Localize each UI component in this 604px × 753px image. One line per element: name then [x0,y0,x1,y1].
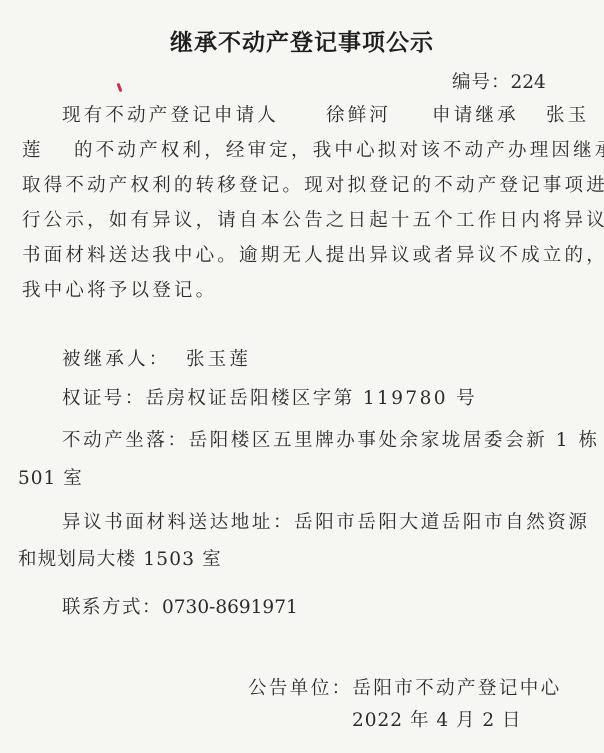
paragraph-line-2: 莲 的不动产权利，经审定，我中心拟对该不动产办理因继承 [0,136,604,162]
decedent-name-part2: 莲 [22,136,44,162]
contact-value: 0730-8691971 [162,597,298,618]
apply-inherit-text: 申请继承 [432,101,519,127]
applicant-lead-text: 现有不动产登记申请人 [62,101,279,127]
contact-label: 联系方式： [62,597,162,618]
paragraph-line-3: 取得不动产权利的转移登记。现对拟登记的不动产登记事项进 [22,171,604,197]
contact-field: 联系方式：0730-8691971 [62,593,298,619]
objection-address-field: 异议书面材料送达地址：岳阳市岳阳大道岳阳市自然资源 [62,508,590,534]
paragraph-line-1: 现有不动产登记申请人 徐鲜河 申请继承 张玉 [0,101,604,127]
location-label: 不动产坐落： [62,430,189,451]
paragraph-line-5: 书面材料送达我中心。逾期无人提出异议或者异议不成立的， [22,241,604,267]
issuer-label: 公告单位： [248,678,353,699]
objection-address-label: 异议书面材料送达地址： [62,512,294,533]
serial-number: 224 [511,72,546,93]
objection-address-value-line2: 和规划局大楼 1503 室 [18,545,222,571]
objection-address-value-line1: 岳阳市岳阳大道岳阳市自然资源 [294,512,589,533]
location-field: 不动产坐落：岳阳楼区五里牌办事处余家垅居委会新 1 栋 [62,426,600,452]
paragraph-text: 的不动产权利，经审定，我中心拟对该不动产办理因继承 [74,136,604,162]
issue-date: 2022 年 4 月 2 日 [352,706,522,732]
certificate-value: 岳房权证岳阳楼区字第 119780 号 [146,388,477,409]
certificate-field: 权证号：岳房权证岳阳楼区字第 119780 号 [62,384,477,410]
applicant-name: 徐鲜河 [326,101,391,127]
decedent-name-part1: 张玉 [546,101,589,127]
location-value-line2: 501 室 [18,464,83,490]
certificate-label: 权证号： [62,388,146,409]
location-value-line1: 岳阳楼区五里牌办事处余家垅居委会新 1 栋 [189,430,600,451]
serial-number-line: 编号：224 [452,68,546,94]
paragraph-line-4: 行公示，如有异议，请自本公告之日起十五个工作日内将异议 [22,206,604,232]
serial-label: 编号： [452,72,511,93]
document-title: 继承不动产登记事项公示 [0,24,604,57]
decedent-value: 张玉莲 [186,345,251,371]
red-pen-mark [117,83,123,92]
issuer-name: 岳阳市不动产登记中心 [353,678,562,699]
decedent-label: 被继承人： [62,345,171,371]
issuer-line: 公告单位：岳阳市不动产登记中心 [248,674,562,700]
paragraph-line-6: 我中心将予以登记。 [22,276,217,302]
notice-page: 继承不动产登记事项公示 编号：224 现有不动产登记申请人 徐鲜河 申请继承 张… [0,0,604,753]
decedent-field: 被继承人： 张玉莲 [0,345,604,371]
